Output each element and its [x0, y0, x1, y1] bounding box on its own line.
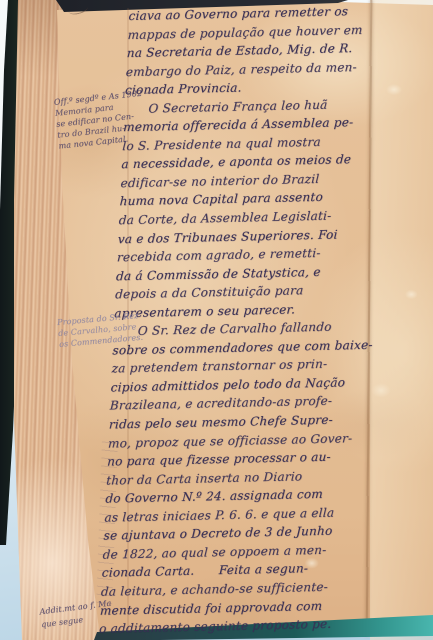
- stray-ink-mark: [67, 2, 89, 17]
- manuscript-photo: ciava ao Governo para remetter osmappas …: [0, 0, 433, 640]
- margin-note-memoria-nova-capital: Off.º segdº e As 1902 —Memoria parase ed…: [53, 87, 150, 151]
- book-cover-edge: [0, 0, 40, 560]
